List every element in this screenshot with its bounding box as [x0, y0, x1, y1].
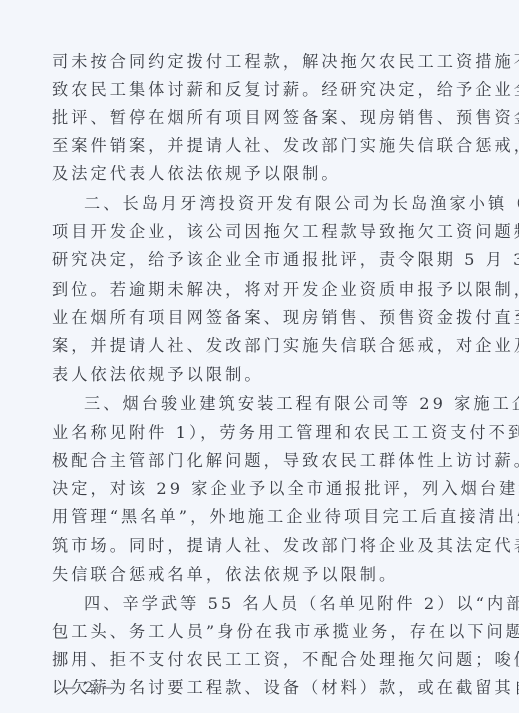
text-line: 筑市场。同时，提请人社、发改部门将企业及其法定代表人列入: [52, 536, 467, 556]
text-line: 案，并提请人社、发改部门实施失信联合惩戒，对企业及法定代: [52, 336, 467, 356]
text-line: 致农民工集体讨薪和反复讨薪。经研究决定，给予企业全市通报: [52, 80, 467, 100]
paragraph-heading-2: 二、长岛月牙湾投资开发有限公司为长岛渔家小镇（渔家墅）: [84, 194, 467, 214]
text-line: 项目开发企业，该公司因拖欠工程款导致拖欠工资问题频发。经: [52, 222, 467, 242]
text-line: 极配合主管部门化解问题，导致农民工群体性上访讨薪。经研究: [52, 451, 467, 471]
paragraph-heading-4: 四、辛学武等 55 名人员（名单见附件 2）以“内部承包人、: [84, 594, 467, 614]
text-line: 业名称见附件 1），劳务用工管理和农民工工资支付不到位、不积: [52, 423, 467, 443]
paragraph-heading-3: 三、烟台骏业建筑安装工程有限公司等 29 家施工企业（企: [84, 394, 467, 414]
text-line: 挪用、拒不支付农民工工资，不配合处理拖欠问题；唆使农民工: [52, 650, 467, 670]
text-line: 决定，对该 29 家企业予以全市通报批评，列入烟台建筑市场信: [52, 479, 467, 499]
text-line: 包工头、务工人员”身份在我市承揽业务，存在以下问题：截留: [52, 622, 467, 642]
text-line: 业在烟所有项目网签备案、现房销售、预售资金拨付直至案件销: [52, 308, 467, 328]
text-line: 表人依法依规予以限制。: [52, 365, 264, 385]
page-number: — 2 —: [62, 680, 118, 696]
text-line: 研究决定，给予该企业全市通报批评，责令限期 5 月 31 日前整改: [52, 250, 467, 270]
text-line: 失信联合惩戒名单，依法依规予以限制。: [52, 565, 398, 585]
text-line: 批评、暂停在烟所有项目网签备案、现房销售、预售资金拨付直: [52, 108, 467, 128]
text-line: 到位。若逾期未解决，将对开发企业资质申报予以限制，暂停企: [52, 280, 467, 300]
document-page: 司未按合同约定拨付工程款，解决拖欠农民工工资措施不力，导 致农民工集体讨薪和反复…: [0, 0, 519, 713]
text-line: 司未按合同约定拨付工程款，解决拖欠农民工工资措施不力，导: [52, 52, 467, 72]
text-line: 及法定代表人依法依规予以限制。: [52, 164, 341, 184]
text-line: 至案件销案，并提请人社、发改部门实施失信联合惩戒，对企业: [52, 136, 467, 156]
text-line: 用管理“黑名单”，外地施工企业待项目完工后直接清出烟台建: [52, 507, 467, 527]
